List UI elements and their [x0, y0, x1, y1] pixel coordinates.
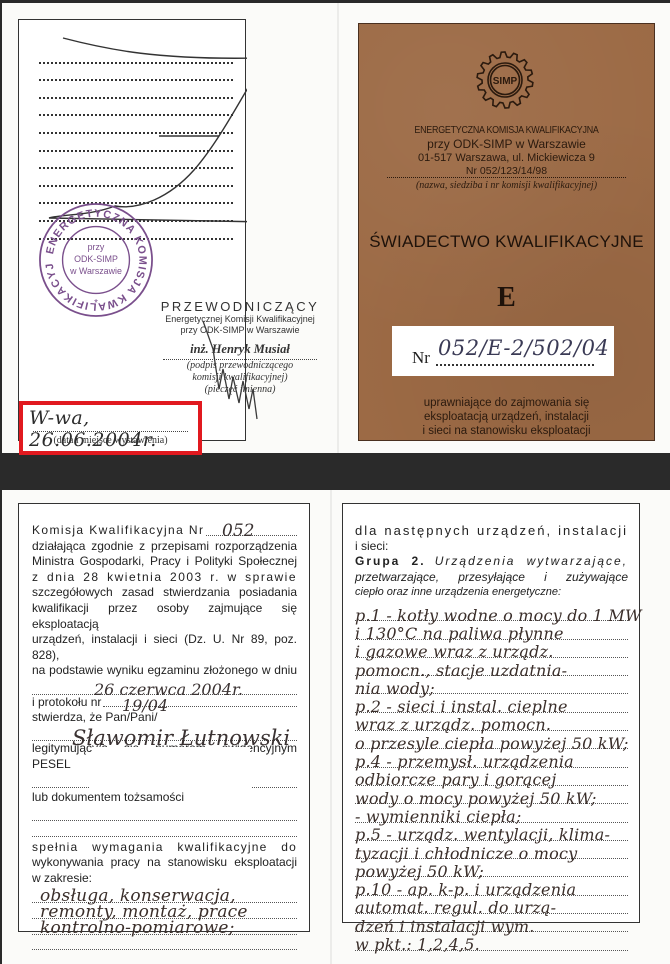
group-line: Grupa 2. Urządzenia wytwarzające, [355, 554, 628, 570]
device-list-line: pomocn., stacje uzdatnia- [355, 658, 628, 676]
certificate-description: uprawniające do zajmowania się eksploata… [359, 396, 654, 438]
scope-line: obsługa, konserwacja, [32, 887, 297, 903]
device-list-line: w pkt.: 1,2,4,5. [355, 932, 628, 950]
paragraph-line: Ministra Gospodarki, Pracy i Polityki Sp… [32, 554, 297, 570]
exam-date-label: na podstawie wyniku egzaminu złożonego w… [32, 663, 297, 679]
group-desc-1: Urządzenia wytwarzające, [435, 554, 628, 568]
intro-line-2: i sieci: [355, 539, 628, 555]
cover-org-address: 01-517 Warszawa, ul. Mickiewicza 9 [359, 152, 654, 164]
device-list-line: automat. regul. do urzą- [355, 896, 628, 914]
device-list-line: odbiorcze pary i gorącej [355, 768, 628, 786]
fold-line [337, 3, 339, 453]
note-line [39, 116, 233, 134]
pesel-line [32, 773, 297, 789]
handwritten-device-list: p.1 - kotły wodne o mocy do 1 MWi 130°C … [355, 603, 628, 951]
commission-stamp: ENERGETYCZNA KOMISJA KWALIFIKACYJNA przy… [37, 201, 155, 319]
device-list-line: p.10 - ap. k-p. i urządzenia [355, 877, 628, 895]
device-list-line: p.5 - urządz. wentylacji, klima- [355, 823, 628, 841]
scope-empty-line [32, 935, 297, 951]
device-list-line: p.1 - kotły wodne o mocy do 1 MW [355, 603, 628, 621]
scope-label: w zakresie: [32, 871, 297, 887]
paragraph-line: z dnia 28 kwietnia 2003 r. w sprawie [32, 570, 297, 586]
group-desc-3: ciepło oraz inne urządzenia energetyczne… [355, 585, 628, 601]
description-line-1: uprawniające do zajmowania się [359, 396, 654, 410]
paragraph-line: działająca zgodnie z przepisami rozporzą… [32, 539, 297, 555]
issue-date-line [33, 431, 188, 432]
id-document-line-1 [32, 806, 297, 822]
certificate-number-field: Nr 052/E-2/502/04 [392, 326, 614, 376]
group-desc-2: przetwarzające, przesyłające i zużywając… [355, 570, 628, 586]
protocol-number: 19/04 [122, 698, 168, 714]
paragraph-line: urządzeń, instalacji i sieci (Dz. U. Nr … [32, 632, 297, 663]
certificate-number-value: 052/E-2/502/04 [438, 336, 609, 360]
cover-commission-info: ENERGETYCZNA KOMISJA KWALIFIKACYJNA przy… [359, 124, 654, 191]
protocol-line: i protokołu nr 19/04 [32, 695, 297, 711]
certificate-spread-bottom: Komisja Kwalifikacyjna Nr 052 działająca… [2, 490, 670, 964]
note-line [39, 81, 233, 99]
simp-gear-logo-icon: SIMP [475, 50, 535, 110]
scope-handwritten-lines: obsługa, konserwacja,remonty, montaż, pr… [32, 887, 297, 935]
pesel-label-row: legitymujący/a się numerem ewidencyjnym … [32, 741, 297, 772]
device-list-line: - wymienniki ciepła; [355, 804, 628, 822]
device-list-line: p.2 - sieci i instal. cieplne [355, 694, 628, 712]
intro-line-1: dla następnych urządzeń, instalacji [355, 523, 628, 539]
svg-text:*: * [94, 298, 98, 309]
certificate-number-line [436, 364, 594, 366]
description-line-2: eksploatacją urządzeń, instalacji [359, 410, 654, 424]
svg-text:w Warszawie: w Warszawie [69, 266, 122, 276]
device-list-line: powyżej 50 kW; [355, 859, 628, 877]
device-list-line: wraz z urządz. pomocn. [355, 713, 628, 731]
chairman-block: PRZEWODNICZĄCY Energetycznej Komisji Kwa… [151, 299, 329, 396]
device-list-line: tyzacji i chłodnicze o mocy [355, 841, 628, 859]
certificate-spread-top: ENERGETYCZNA KOMISJA KWALIFIKACYJNA przy… [2, 3, 670, 453]
svg-text:SIMP: SIMP [493, 76, 518, 87]
requirements-line-1: spełnia wymagania kwalifikacyjne do [32, 840, 297, 856]
certificate-body: Komisja Kwalifikacyjna Nr 052 działająca… [32, 523, 297, 950]
device-list-line: nia wody; [355, 676, 628, 694]
certificate-number-label: Nr [412, 348, 430, 368]
certificate-title: ŚWIADECTWO KWALIFIKACYJNE [359, 232, 654, 252]
scope-line: kontrolno-pomiarowe; [32, 919, 297, 935]
exam-date-line: 26 czerwca 2004r. [32, 679, 297, 695]
chairman-signature [199, 319, 269, 429]
id-document-label: lub dokumentem tożsamości [32, 790, 297, 806]
certificate-category: E [359, 282, 654, 314]
device-list-line: dzeń i instalacji wym. [355, 914, 628, 932]
commission-number-value: 052 [222, 524, 254, 540]
scope-line: remonty, montaż, prace [32, 903, 297, 919]
cover-org-caption: (nazwa, siedziba i nr komisji kwalifikac… [359, 180, 654, 191]
issue-date-highlight: W-wa, 26.06.2004r. (data i miejsce wysta… [19, 401, 202, 455]
commission-number-label: Komisja Kwalifikacyjna Nr [32, 523, 206, 539]
svg-text:ODK-SIMP: ODK-SIMP [74, 254, 118, 264]
device-list-line: i 130°C na paliwa płynne [355, 621, 628, 639]
device-list-line: o przesyle ciepła powyżej 50 kW; [355, 731, 628, 749]
svg-text:przy: przy [88, 242, 105, 252]
note-line [39, 64, 233, 82]
note-line [39, 46, 233, 64]
back-page-notes: ENERGETYCZNA KOMISJA KWALIFIKACYJNA przy… [18, 19, 246, 441]
protocol-label: i protokołu nr [32, 695, 103, 711]
cover-org-name: ENERGETYCZNA KOMISJA KWALIFIKACYJNA [381, 124, 632, 136]
certificate-cover: SIMP ENERGETYCZNA KOMISJA KWALIFIKACYJNA… [358, 23, 655, 441]
paragraph-line: kwalifikacji przez osoby zajmujące się e… [32, 601, 297, 632]
requirements-line-2: wykonywania pracy na stanowisku eksploat… [32, 855, 297, 871]
note-line [39, 134, 233, 152]
cover-org-number: Nr 052/123/14/98 [387, 165, 626, 178]
certificate-scope-page: dla następnych urządzeń, instalacji i si… [342, 503, 640, 923]
note-line [39, 99, 233, 117]
commission-number-line: Komisja Kwalifikacyjna Nr 052 [32, 523, 297, 539]
chairman-title: PRZEWODNICZĄCY [151, 299, 329, 314]
cover-org-branch: przy ODK-SIMP w Warszawie [359, 137, 654, 151]
note-line [39, 169, 233, 187]
legal-basis-paragraph: działająca zgodnie z przepisami rozporzą… [32, 539, 297, 664]
note-line [39, 152, 233, 170]
certificate-body-page: Komisja Kwalifikacyjna Nr 052 działająca… [18, 503, 310, 932]
paragraph-line: szczegółowych zasad stwierdzania posiada… [32, 585, 297, 601]
issue-date-caption: (data i miejsce wystawienia) [23, 435, 198, 446]
scope-body: dla następnych urządzeń, instalacji i si… [355, 523, 628, 951]
description-line-3: i sieci na stanowisku eksploatacji [359, 424, 654, 438]
device-list-line: wody o mocy powyżej 50 kW; [355, 786, 628, 804]
group-label: Grupa 2. [355, 554, 426, 568]
holder-name-line: Sławomir Łutnowski [32, 726, 297, 742]
fold-line [330, 490, 332, 964]
id-document-line-2 [32, 821, 297, 837]
device-list-line: p.4 - przemysł. urządzenia [355, 749, 628, 767]
device-list-line: i gazowe wraz z urządz. [355, 640, 628, 658]
